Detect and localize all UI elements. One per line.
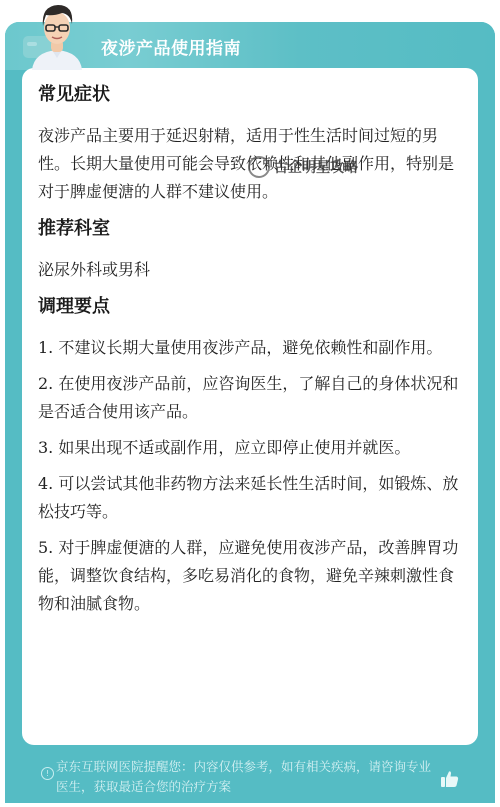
item-number: 2. xyxy=(38,374,53,393)
item-number: 3. xyxy=(38,438,53,457)
thumbs-up-icon[interactable] xyxy=(441,770,459,788)
info-icon: ! xyxy=(41,767,54,780)
care-item: 3. 如果出现不适或副作用，应立即停止使用并就医。 xyxy=(38,434,463,462)
department-text: 泌尿外科或男科 xyxy=(38,256,463,284)
item-text: 不建议长期大量使用夜涉产品，避免依赖性和副作用。 xyxy=(58,338,442,357)
section-title-department: 推荐科室 xyxy=(38,216,463,242)
page-title: 夜涉产品使用指南 xyxy=(101,34,241,59)
symptoms-text: 夜涉产品主要用于延迟射精，适用于性生活时间过短的男性。长期大量使用可能会导致依赖… xyxy=(38,122,463,206)
doctor-avatar xyxy=(28,0,86,70)
item-text: 对于脾虚便溏的人群，应避免使用夜涉产品，改善脾胃功能，调整饮食结构，多吃易消化的… xyxy=(38,538,458,613)
section-title-symptoms: 常见症状 xyxy=(38,82,463,108)
care-item: 4. 可以尝试其他非药物方法来延长性生活时间，如锻炼、放松技巧等。 xyxy=(38,470,463,526)
item-number: 4. xyxy=(38,474,53,493)
disclaimer-text: 京东互联网医院提醒您：内容仅供参考，如有相关疾病，请咨询专业医生，获取最适合您的… xyxy=(56,757,436,797)
content-card: 常见症状 夜涉产品主要用于延迟射精，适用于性生活时间过短的男性。长期大量使用可能… xyxy=(22,68,478,745)
care-item: 5. 对于脾虚便溏的人群，应避免使用夜涉产品，改善脾胃功能，调整饮食结构，多吃易… xyxy=(38,534,463,618)
item-number: 1. xyxy=(38,338,53,357)
content-body: 常见症状 夜涉产品主要用于延迟射精，适用于性生活时间过短的男性。长期大量使用可能… xyxy=(38,82,463,626)
section-title-care: 调理要点 xyxy=(38,294,463,320)
item-number: 5. xyxy=(38,538,53,557)
care-item: 2. 在使用夜涉产品前，应咨询医生，了解自己的身体状况和是否适合使用该产品。 xyxy=(38,370,463,426)
disclaimer-footer: ! 京东互联网医院提醒您：内容仅供参考，如有相关疾病，请咨询专业医生，获取最适合… xyxy=(5,753,495,803)
item-text: 可以尝试其他非药物方法来延长性生活时间，如锻炼、放松技巧等。 xyxy=(38,474,458,521)
care-item: 1. 不建议长期大量使用夜涉产品，避免依赖性和副作用。 xyxy=(38,334,463,362)
item-text: 如果出现不适或副作用，应立即停止使用并就医。 xyxy=(58,438,410,457)
guide-panel: 夜涉产品使用指南 常见症状 夜涉产品主要用于延迟射精，适用于性生活时间过短的男性… xyxy=(5,22,495,803)
item-text: 在使用夜涉产品前，应咨询医生，了解自己的身体状况和是否适合使用该产品。 xyxy=(38,374,458,421)
